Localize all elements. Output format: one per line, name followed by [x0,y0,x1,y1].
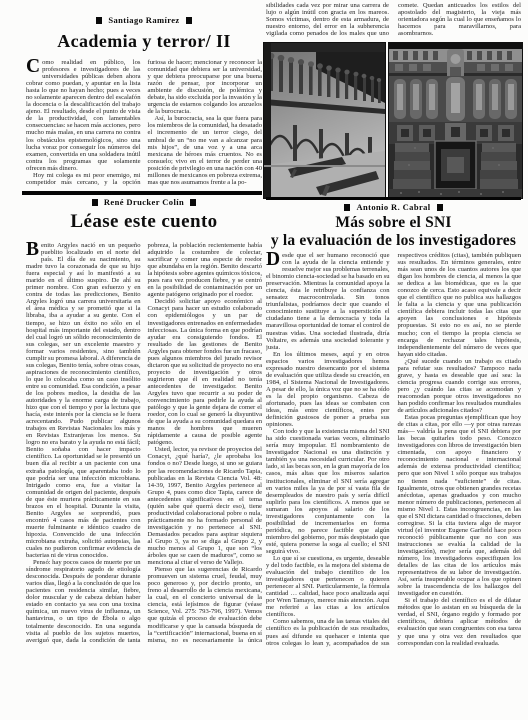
byline-square-icon [437,204,443,211]
paragraph: En los últimos meses, aquí y en otros es… [266,351,390,429]
paragraph: Con todo y que la existencia misma del S… [266,428,390,555]
article-title-sni-line2: y la evaluación de los investigadores [266,232,521,250]
byline-academia: Santiago Ramírez [26,15,262,25]
photo-choir-stalls-illustration [264,43,385,198]
paragraph: Así, la burocracia, sea la que fuera par… [148,115,263,185]
photo-choir-stalls-side-view [263,42,386,199]
byline-square-icon [186,17,192,24]
article-academia-columns-continuation: sibilidades cada vez por mirar una carre… [266,2,521,43]
byline-cuento: René Drucker Colín [26,197,262,207]
paragraph: Lo que sí se cuestiona, es urgente, dese… [266,555,390,618]
article-title-cuento: Léase este cuento [26,211,262,233]
article-title-academia: Academia y terror/ II [26,31,262,52]
article-cuento-columns: Benito Argyles nació en un pequeño puebl… [26,242,262,646]
byline-author: René Drucker Colín [104,197,184,207]
photo-choir-throne-frontal-view [388,42,523,199]
paragraph: sibilidades cada vez por mirar una carre… [266,2,521,43]
byline-square-icon [190,199,196,206]
paragraph: Decidió solicitar apoyo económico al Con… [148,298,263,446]
article-title-sni-line1: Más sobre el SNI [266,214,521,232]
paragraph: Benito Argyles nació en un pequeño puebl… [26,242,141,559]
article-sni-columns: Desde que el ser humano reconoció que co… [266,252,521,647]
section-divider-rule-right [266,197,521,200]
byline-square-icon [92,199,98,206]
photo-choir-throne-illustration [389,43,522,198]
newspaper-page: Santiago Ramírez Academia y terror/ II C… [0,0,528,720]
paragraph: Como realidad en público, los profesores… [26,59,141,172]
paragraph: Estas pocas preguntas ejemplifican que h… [398,414,522,597]
paragraph: Usted, lector, ya revisor de proyectos d… [148,446,263,566]
article-title-sni: Más sobre el SNI y la evaluación de los … [266,214,521,249]
byline-author: Antonio R. Cabral [356,202,430,212]
article-academia-columns-left: Como realidad en público, los profesores… [26,59,262,191]
section-divider-rule-left [22,191,262,195]
byline-author: Santiago Ramírez [108,15,179,25]
byline-square-icon [96,17,102,24]
paragraph: Desde que el ser humano reconoció que co… [266,252,390,351]
byline-square-icon [344,204,350,211]
paragraph: ¿Qué sucede cuando un trabajo es citado … [398,358,522,414]
paragraph: Si el trabajo del científico es el de di… [398,597,522,646]
byline-sni: Antonio R. Cabral [266,202,521,212]
